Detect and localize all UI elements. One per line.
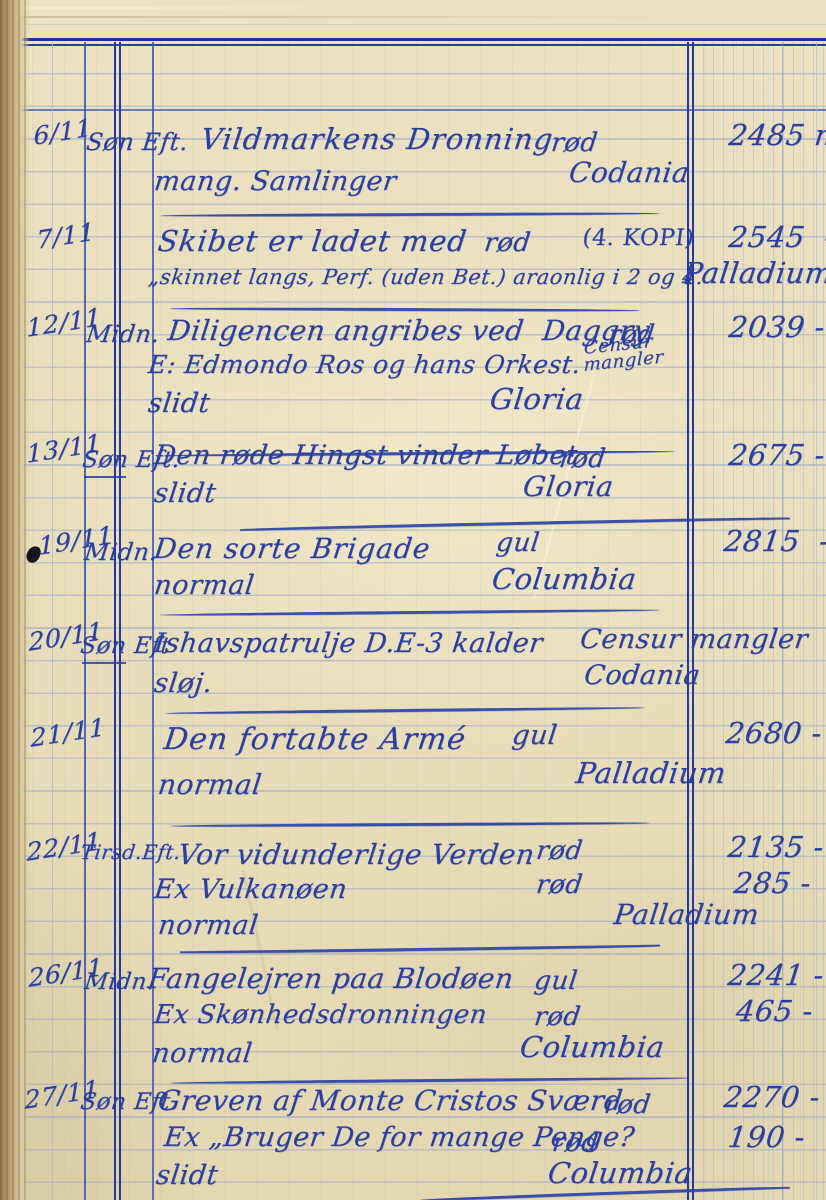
film-length: 2680 - (724, 718, 824, 748)
distributor-name: Palladium (612, 900, 760, 929)
film-title: Vor vidunderlige Verden (176, 840, 536, 869)
print-color: rød (603, 1092, 653, 1119)
film-length: 2545 - (727, 222, 826, 252)
film-title: Skibet er ladet med (156, 226, 469, 256)
distributor-name: Gloria (521, 472, 615, 501)
condition-note: slidt (153, 480, 218, 508)
print-color: gul (511, 722, 559, 750)
condition-note: normal (151, 1040, 254, 1068)
distributor-name: Codania (583, 662, 702, 690)
separator-line (160, 609, 660, 616)
print-color: rød (483, 230, 533, 257)
separator-line (165, 706, 645, 714)
condition-note: sløj. (153, 670, 215, 698)
amount-column-rule-b (692, 42, 694, 1200)
entry-session: Søn Eft. (85, 130, 190, 155)
copy-note: (4. KOPI) (581, 226, 696, 250)
condition-note: normal (153, 572, 256, 600)
extra-film-length: 190 - (726, 1122, 807, 1152)
film-title: Greven af Monte Cristos Sværd (156, 1086, 624, 1115)
print-color: gul (533, 968, 580, 995)
film-title: Den røde Hingst vinder Løbet (153, 442, 580, 470)
session-column-rule-a (114, 42, 116, 1200)
film-length: 2485 m (727, 120, 826, 150)
film-title: Fangelejren paa Blodøen (146, 964, 515, 993)
film-length: 2675 - (727, 440, 826, 470)
separator-line (180, 945, 660, 955)
entry-session: Midn. (83, 540, 159, 565)
entry-date: 21/11 (30, 714, 106, 752)
film-length: 2270 - (722, 1082, 822, 1112)
header-rule-top (0, 38, 826, 41)
page-stack-line (0, 16, 702, 18)
distributor-name: Columbia (546, 1158, 694, 1188)
extra-print-color: rød (533, 1004, 583, 1031)
entry-session: Midn. (83, 970, 156, 994)
film-length: 2241 - (726, 960, 826, 990)
extra-print-color: rød (535, 872, 585, 899)
separator-line (170, 822, 650, 828)
header-rule-bottom (0, 44, 826, 46)
session-column-rule-b (119, 42, 121, 1200)
distributor-name: Columbia (518, 1032, 666, 1062)
page-stack-line (0, 7, 578, 9)
separator-line (160, 212, 660, 217)
print-color: gul (495, 530, 542, 557)
film-length: 2039 - (727, 312, 826, 342)
column-header-rule (0, 109, 826, 111)
film-title: Vildmarkens Dronning (199, 124, 555, 154)
distributor-name: Codania (567, 158, 691, 187)
film-title: Diligencen angribes ved Daggry (166, 316, 651, 345)
margin-rule (52, 42, 53, 1200)
censor-note: Censur mangler (579, 626, 810, 654)
condition-note: normal (156, 770, 263, 799)
amount-column-rule-a (687, 42, 689, 1200)
ledger-page: 6/11 Søn Eft. Vildmarkens Dronning rød 2… (0, 0, 826, 1200)
film-length: 2815 - (722, 526, 826, 556)
film-title: Ishavspatrulje D.E-3 kalder (153, 630, 545, 658)
entry-session: Tirsd.Eft. (79, 842, 182, 863)
print-color: rød (550, 130, 600, 157)
print-color: rød (535, 838, 585, 865)
condition-note: slidt (155, 1162, 220, 1190)
condition-note: slidt (147, 390, 212, 418)
film-title: Den sorte Brigade (152, 534, 432, 563)
distributor-name: Palladium (574, 758, 728, 788)
extra-film-title: Ex Skønhedsdronningen (153, 1002, 489, 1029)
distributor-name: Palladium (681, 258, 826, 288)
condition-note: „skinnet langs, Perf. (uden Bet.) araonl… (147, 266, 704, 288)
film-length: 2135 - (726, 832, 826, 862)
session-underline (84, 476, 126, 478)
entry-date: 6/11 (33, 115, 92, 150)
session-underline (82, 662, 126, 664)
distributor-name: Gloria (488, 384, 585, 414)
censor-note: Censur mangler (583, 330, 680, 374)
extra-film-title: Ex Vulkanøen (153, 876, 349, 904)
right-edge-rule (816, 42, 817, 1200)
condition-note: mang. Samlinger (153, 168, 399, 196)
ruled-top-line (0, 24, 826, 25)
entry-session: Midn. (85, 322, 161, 347)
extra-film-length: 285 - (732, 868, 813, 898)
condition-note: normal (157, 912, 260, 940)
extra-print-color: rød (551, 1130, 601, 1157)
extra-film-length: 465 - (734, 996, 815, 1026)
film-title: Den fortabte Armé (162, 724, 468, 756)
distributor-name: Columbia (490, 564, 638, 594)
binding-edge (0, 0, 30, 1200)
extra-film-title: E: Edmondo Ros og hans Orkest. (147, 352, 583, 378)
entry-date: 7/11 (36, 219, 95, 254)
separator-line (170, 307, 640, 312)
